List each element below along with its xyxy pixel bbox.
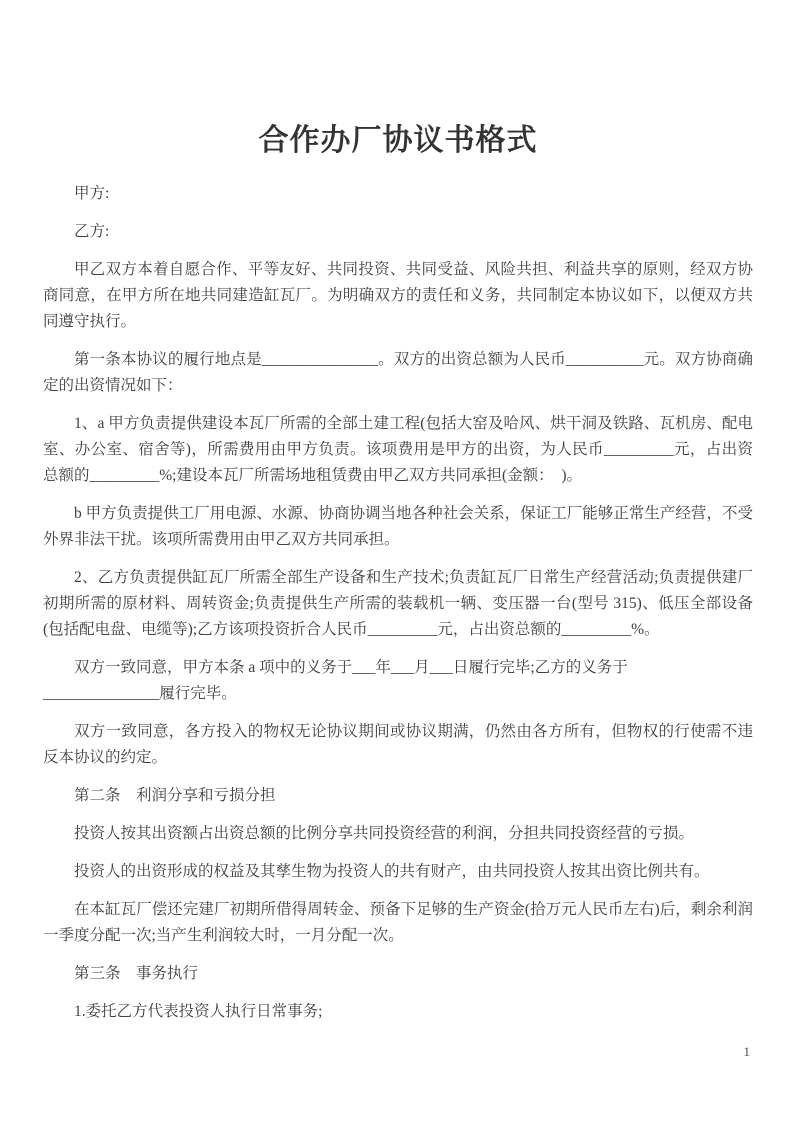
- article-3-heading: 第三条 事务执行: [43, 961, 753, 987]
- article-1-clause-a: 1、a 甲方负责提供建设本瓦厂所需的全部土建工程(包括大窑及哈风、烘干洞及铁路、…: [43, 411, 753, 489]
- profit-distribution-paragraph: 在本缸瓦厂偿还完建厂初期所借得周转金、预备下足够的生产资金(拾万元人民币左右)后…: [43, 897, 753, 949]
- equity-paragraph: 投资人的出资形成的权益及其孳生物为投资人的共有财产，由共同投资人按其出资比例共有…: [43, 859, 753, 885]
- document-content: 合作办厂协议书格式 甲方: 乙方: 甲乙双方本着自愿合作、平等友好、共同投资、共…: [43, 121, 753, 1037]
- party-a-line: 甲方:: [43, 181, 753, 207]
- property-rights-paragraph: 双方一致同意，各方投入的物权无论协议期间或协议期满，仍然由各方所有，但物权的行使…: [43, 719, 753, 771]
- article-3-clause-1: 1.委托乙方代表投资人执行日常事务;: [43, 999, 753, 1025]
- article-1-clause-b: b 甲方负责提供工厂用电源、水源、协商协调当地各种社会关系，保证工厂能够正常生产…: [43, 501, 753, 553]
- profit-sharing-paragraph: 投资人按其出资额占出资总额的比例分享共同投资经营的利润，分担共同投资经营的亏损。: [43, 821, 753, 847]
- performance-deadline-paragraph: 双方一致同意，甲方本条 a 项中的义务于___年___月___日履行完毕;乙方的…: [43, 655, 753, 707]
- article-2-heading: 第二条 利润分享和亏损分担: [43, 783, 753, 809]
- preamble-paragraph: 甲乙双方本着自愿合作、平等友好、共同投资、共同受益、风险共担、利益共享的原则，经…: [43, 257, 753, 335]
- article-1-intro: 第一条本协议的履行地点是_______________。双方的出资总额为人民币_…: [43, 347, 753, 399]
- document-page: 合作办厂协议书格式 甲方: 乙方: 甲乙双方本着自愿合作、平等友好、共同投资、共…: [0, 0, 794, 1123]
- document-title: 合作办厂协议书格式: [43, 121, 753, 161]
- page-number: 1: [744, 1043, 751, 1061]
- article-1-clause-2: 2、乙方负责提供缸瓦厂所需全部生产设备和生产技术;负责缸瓦厂日常生产经营活动;负…: [43, 565, 753, 643]
- party-b-line: 乙方:: [43, 219, 753, 245]
